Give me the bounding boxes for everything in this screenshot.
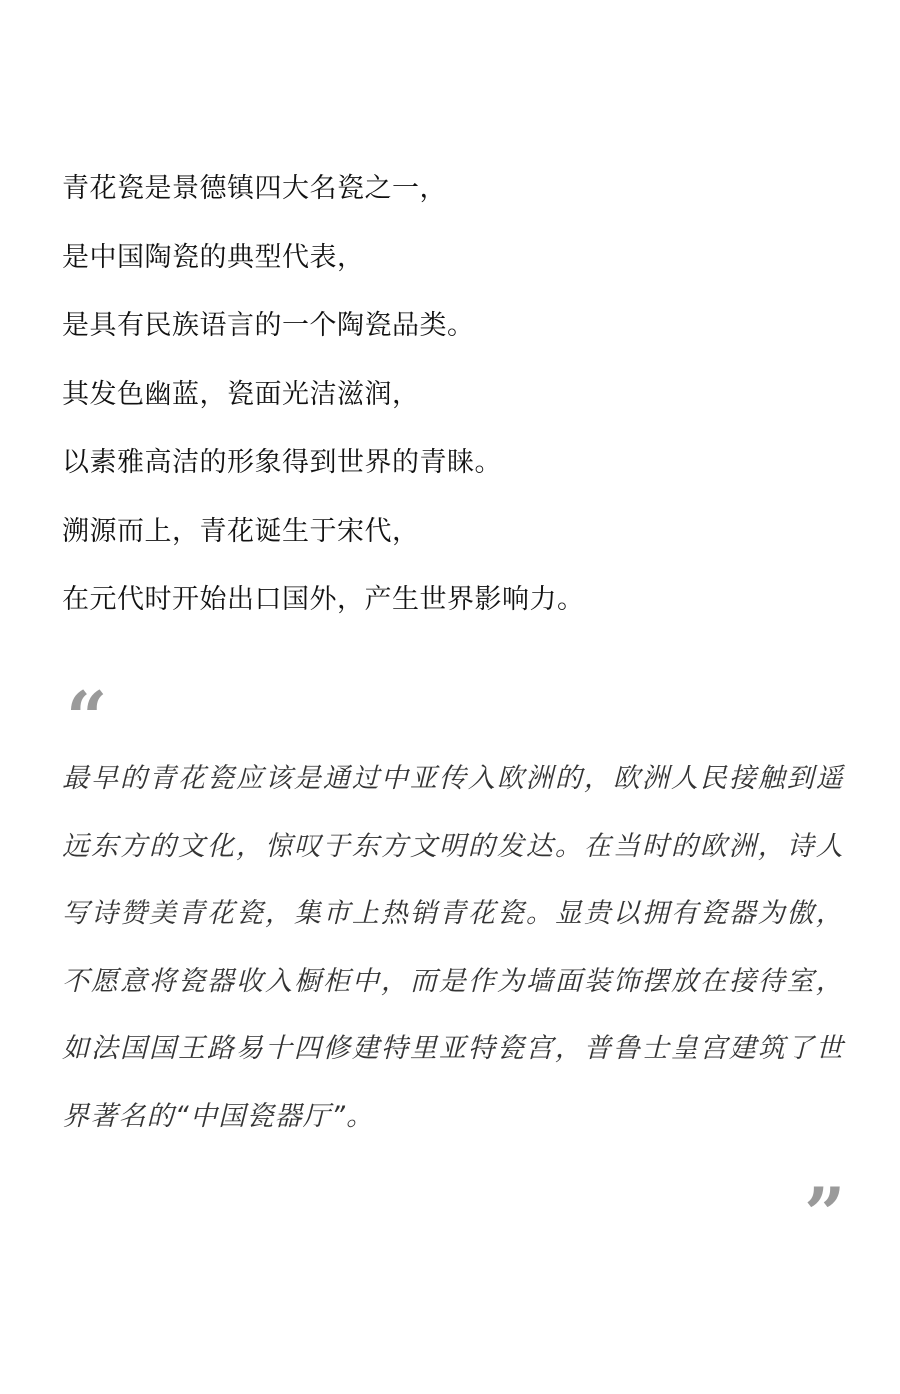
intro-line: 其发色幽蓝，瓷面光洁滋润， [62, 361, 862, 430]
open-quote-icon: “ [66, 682, 107, 754]
intro-line: 是中国陶瓷的典型代表， [62, 224, 862, 293]
intro-line: 在元代时开始出口国外，产生世界影响力。 [62, 566, 862, 635]
intro-line: 以素雅高洁的形象得到世界的青睐。 [62, 429, 862, 498]
close-quote-icon: ” [804, 1178, 845, 1250]
intro-line: 溯源而上，青花诞生于宋代， [62, 498, 862, 567]
intro-paragraph: 青花瓷是景德镇四大名瓷之一， 是中国陶瓷的典型代表， 是具有民族语言的一个陶瓷品… [62, 155, 862, 635]
quote-text: 最早的青花瓷应该是通过中亚传入欧洲的，欧洲人民接触到遥远东方的文化，惊叹于东方文… [62, 745, 844, 1150]
intro-line: 是具有民族语言的一个陶瓷品类。 [62, 292, 862, 361]
intro-line: 青花瓷是景德镇四大名瓷之一， [62, 155, 862, 224]
